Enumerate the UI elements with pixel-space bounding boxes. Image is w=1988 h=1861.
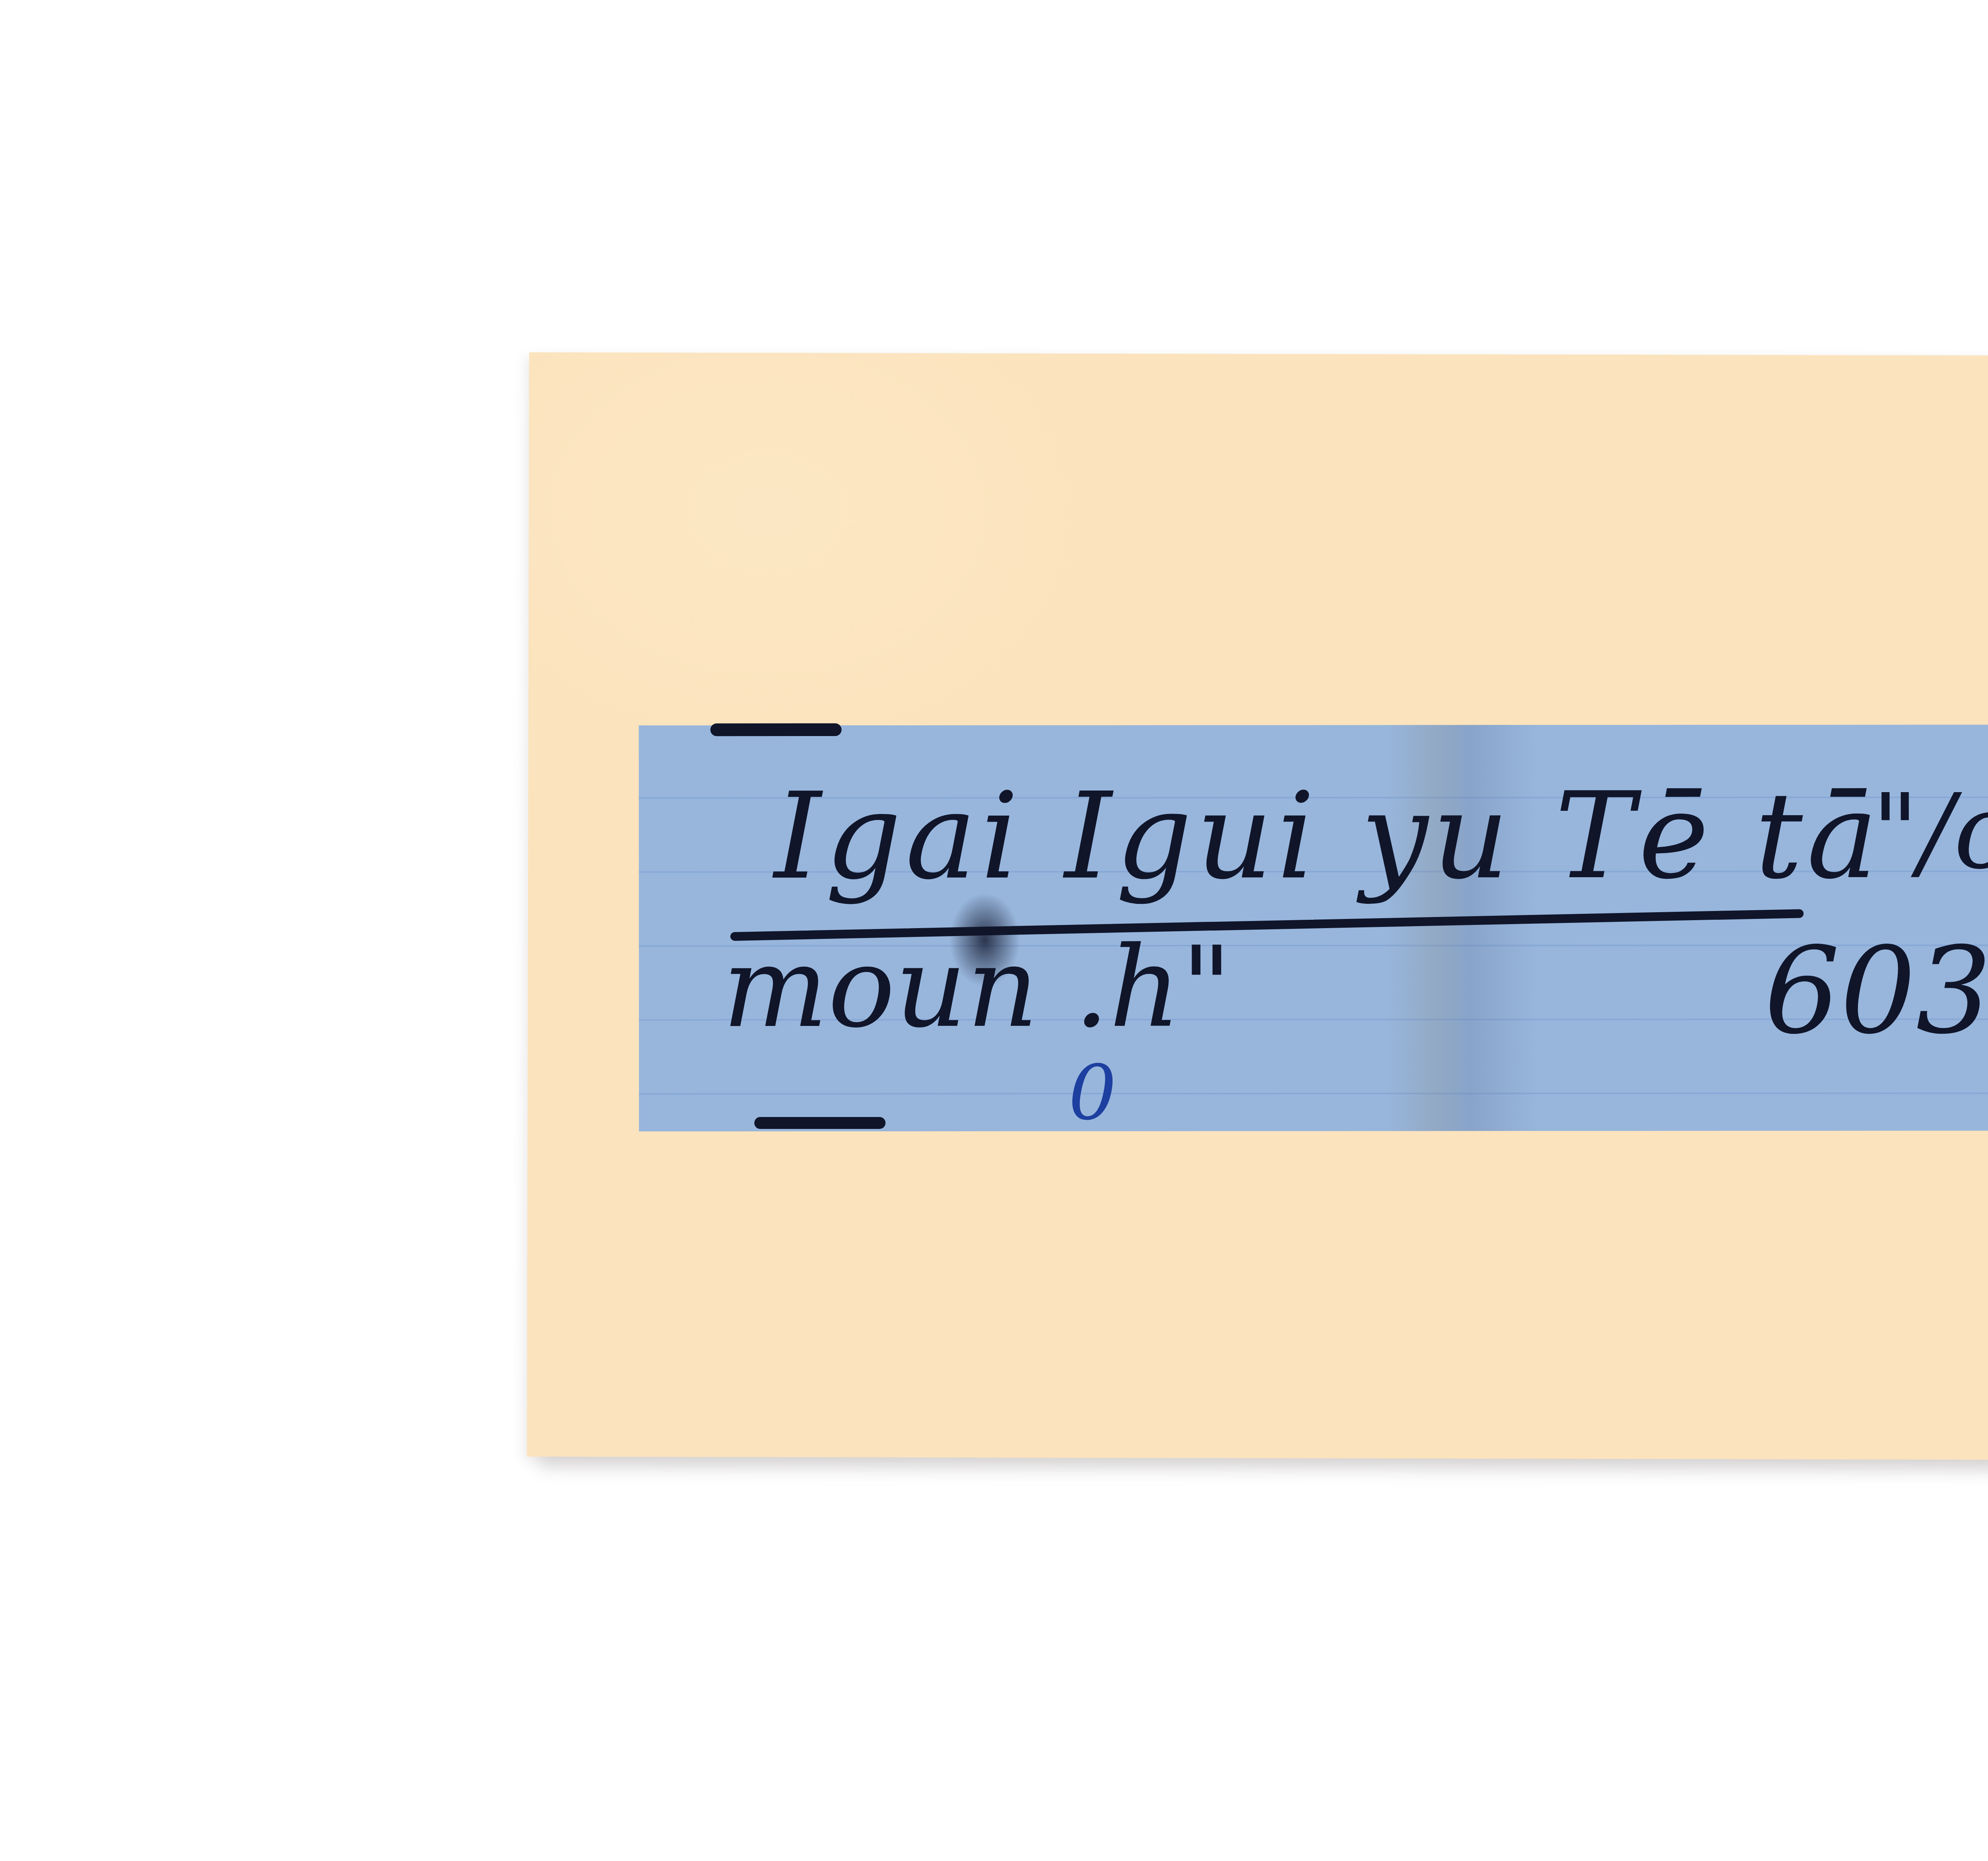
handwritten-line-2: moun .h" — [722, 932, 1232, 1043]
ink-dash-top — [711, 723, 842, 736]
handwritten-line-1: Igai Igui yu Tē tā — [774, 777, 1882, 896]
mounting-card: Igai Igui yu Tē tā "/o moun .h" 603, 3, … — [527, 352, 1988, 1461]
handwritten-amount: 603, 3, — [1764, 931, 1988, 1051]
blue-paper-slip: Igai Igui yu Tē tā "/o moun .h" 603, 3, … — [639, 725, 1988, 1131]
ink-dash-bottom — [754, 1117, 885, 1129]
handwritten-line-1-suffix: "/o — [1872, 780, 1988, 884]
blue-pencil-mark: 0 — [1068, 1055, 1116, 1131]
